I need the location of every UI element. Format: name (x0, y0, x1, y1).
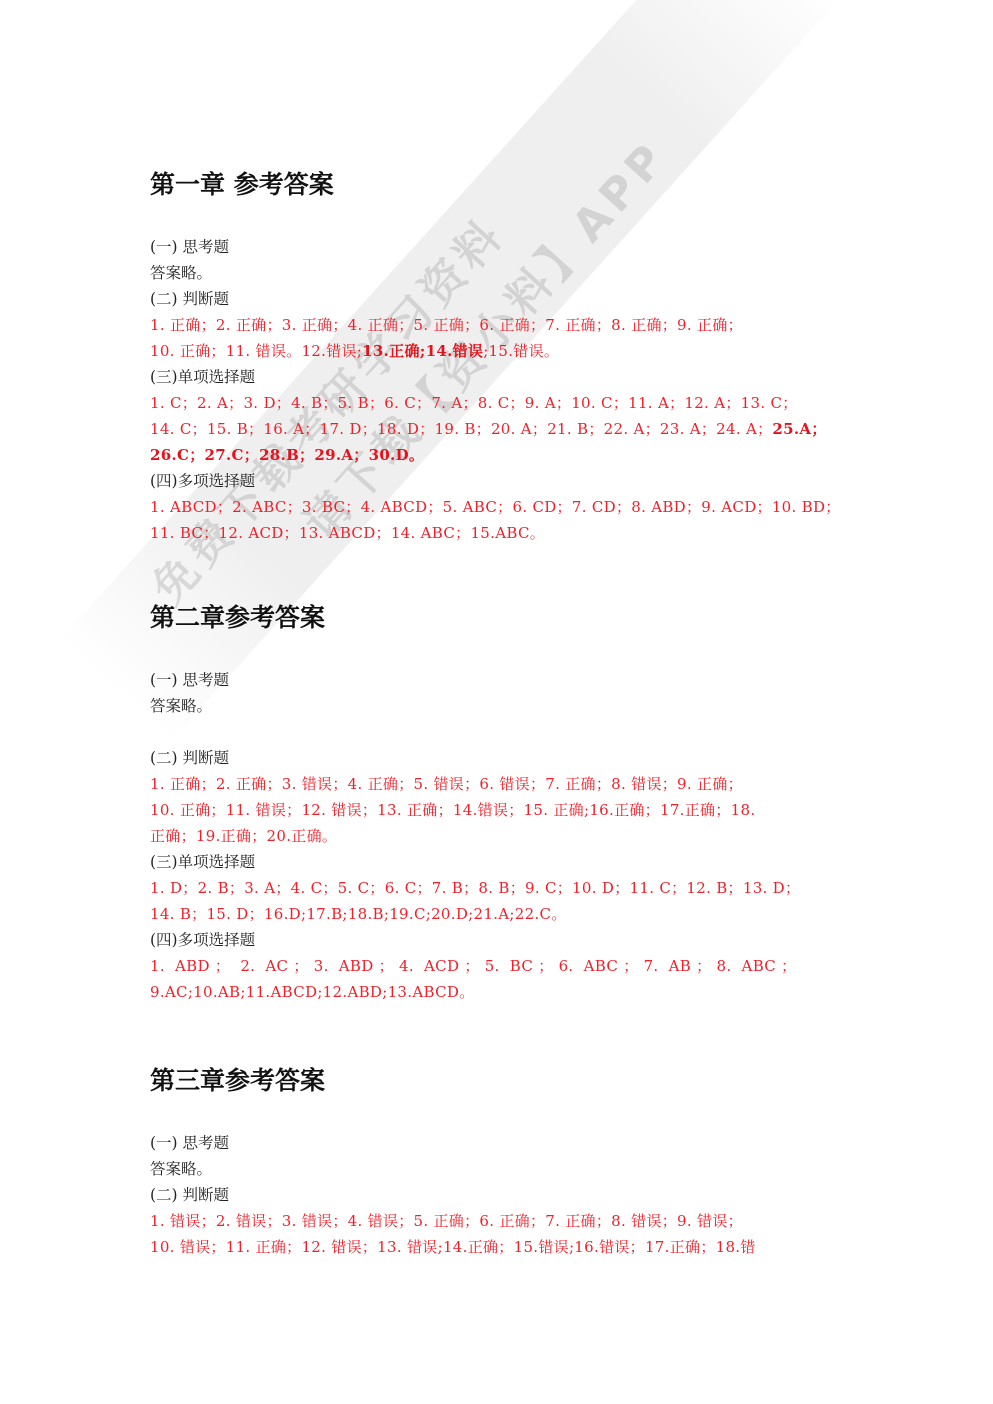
answer-text: 10. 正确；11. 错误。12.错误; (150, 342, 362, 360)
answers-true-false-line: 正确；19.正确；20.正确。 (150, 823, 850, 849)
section-label-thinking: (一) 思考题 (150, 234, 850, 260)
section-label-single-choice: (三)单项选择题 (150, 849, 850, 875)
section-label-true-false: (二) 判断题 (150, 286, 850, 312)
answers-true-false-line: 1. 正确；2. 正确；3. 错误；4. 正确；5. 错误；6. 错误；7. 正… (150, 771, 850, 797)
section-label-multi-choice: (四)多项选择题 (150, 927, 850, 953)
chapter-title: 第三章参考答案 (150, 1066, 850, 1096)
section-text-thinking: 答案略。 (150, 260, 850, 286)
chapter-title: 第二章参考答案 (150, 603, 850, 633)
answers-multi-choice-line: 9.AC;10.AB;11.ABCD;12.ABD;13.ABCD。 (150, 979, 850, 1005)
section-text-thinking: 答案略。 (150, 693, 850, 719)
answers-single-choice-line: 14. C；15. B；16. A；17. D；18. D；19. B；20. … (150, 416, 850, 442)
section-text-thinking: 答案略。 (150, 1156, 850, 1182)
answer-text-bold: 25.A； (772, 420, 826, 438)
chapter-3: 第三章参考答案 (一) 思考题 答案略。 (二) 判断题 1. 错误；2. 错误… (150, 1066, 850, 1260)
answers-single-choice-line: 14. B；15. D；16.D;17.B;18.B;19.C;20.D;21.… (150, 901, 850, 927)
chapter-2: 第二章参考答案 (一) 思考题 答案略。 (二) 判断题 1. 正确；2. 正确… (150, 603, 850, 1005)
answers-true-false-line: 1. 错误；2. 错误；3. 错误；4. 错误；5. 正确；6. 正确；7. 正… (150, 1208, 850, 1234)
section-label-thinking: (一) 思考题 (150, 1130, 850, 1156)
answers-single-choice-line: 26.C；27.C；28.B；29.A；30.D。 (150, 442, 850, 468)
answer-text-bold: 26.C；27.C；28.B；29.A；30.D。 (150, 446, 424, 464)
answer-text: ;15.错误。 (483, 342, 559, 360)
answers-multi-choice-line: 1. ABD ； 2. AC ； 3. ABD ； 4. ACD ； 5. BC… (150, 953, 850, 979)
answers-true-false-line: 1. 正确；2. 正确；3. 正确；4. 正确；5. 正确；6. 正确；7. 正… (150, 312, 850, 338)
answers-single-choice-line: 1. D；2. B；3. A；4. C；5. C；6. C；7. B；8. B；… (150, 875, 850, 901)
answer-text: 14. C；15. B；16. A；17. D；18. D；19. B；20. … (150, 420, 772, 438)
chapter-title: 第一章 参考答案 (150, 170, 850, 200)
answers-multi-choice-line: 11. BC；12. ACD；13. ABCD；14. ABC；15.ABC。 (150, 520, 850, 546)
answers-single-choice-line: 1. C；2. A；3. D；4. B；5. B；6. C；7. A；8. C；… (150, 390, 850, 416)
answers-true-false-line: 10. 正确；11. 错误；12. 错误；13. 正确；14.错误；15. 正确… (150, 797, 850, 823)
answers-multi-choice-line: 1. ABCD；2. ABC；3. BC；4. ABCD；5. ABC；6. C… (150, 494, 850, 520)
section-label-thinking: (一) 思考题 (150, 667, 850, 693)
section-label-true-false: (二) 判断题 (150, 745, 850, 771)
chapter-1: 第一章 参考答案 (一) 思考题 答案略。 (二) 判断题 1. 正确；2. 正… (150, 170, 850, 546)
section-label-single-choice: (三)单项选择题 (150, 364, 850, 390)
answers-true-false-line: 10. 正确；11. 错误。12.错误;13.正确;14.错误;15.错误。 (150, 338, 850, 364)
answers-true-false-line: 10. 错误；11. 正确；12. 错误；13. 错误;14.正确；15.错误;… (150, 1234, 850, 1260)
section-label-true-false: (二) 判断题 (150, 1182, 850, 1208)
section-label-multi-choice: (四)多项选择题 (150, 468, 850, 494)
answer-text-bold: 13.正确;14.错误 (362, 342, 483, 360)
